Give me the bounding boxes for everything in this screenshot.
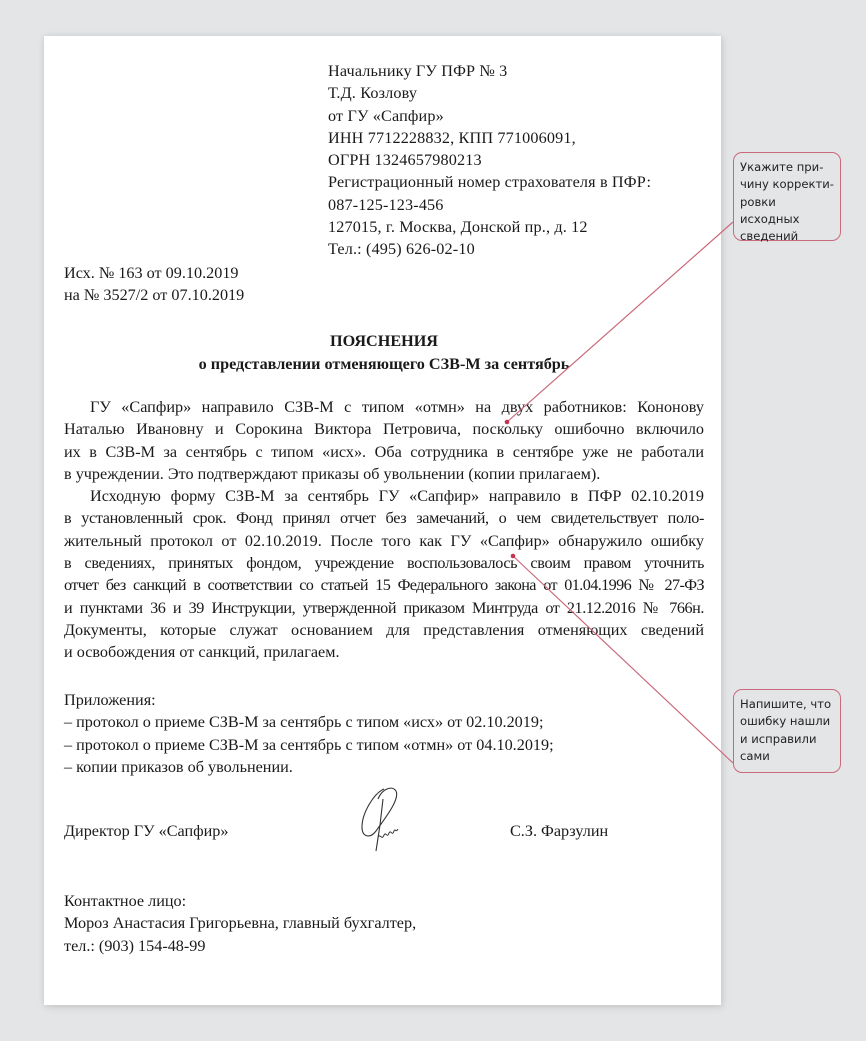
body-line: отчет без санкций в соответствии со стат… [64, 574, 704, 596]
attachment-item: – протокол о приеме СЗВ-М за сентябрь с … [64, 734, 554, 756]
addressee-line: от ГУ «Сапфир» [328, 105, 651, 127]
note-line: и исправили [740, 731, 834, 748]
signer-position: Директор ГУ «Сапфир» [64, 822, 228, 841]
addressee-line: Регистрационный номер страхователя в ПФР… [328, 171, 651, 193]
addressee-line: Тел.: (495) 626-02-10 [328, 238, 651, 260]
body-line: в установленный срок. Фонд принял отчет … [64, 507, 704, 529]
note-line: ровки исходных [740, 194, 834, 229]
body-line: Наталью Ивановну и Сорокина Виктора Петр… [64, 418, 704, 440]
addressee-line: ИНН 7712228832, КПП 771006091, [328, 127, 651, 149]
note-line: сами [740, 748, 834, 765]
attachments-heading: Приложения: [64, 689, 554, 711]
outgoing-reference: Исх. № 163 от 09.10.2019 на № 3527/2 от … [64, 262, 244, 307]
body-line: их в СЗВ-М за сентябрь с типом «исх». Об… [64, 441, 704, 463]
attachment-item: – протокол о приеме СЗВ-М за сентябрь с … [64, 711, 554, 733]
contact-phone: тел.: (903) 154-48-99 [64, 935, 416, 957]
handwritten-signature-icon [356, 785, 406, 857]
contact-heading: Контактное лицо: [64, 890, 416, 912]
note-line: ошибку нашли [740, 713, 834, 730]
body-line: Документы, которые служат основанием для… [64, 619, 704, 641]
contact-block: Контактное лицо: Мороз Анастасия Григорь… [64, 890, 416, 957]
addressee-block: Начальнику ГУ ПФР № 3 Т.Д. Козлову от ГУ… [328, 60, 651, 261]
annotation-note-correction-reason: Укажите при- чину корректи- ровки исходн… [733, 152, 841, 241]
attachments-block: Приложения: – протокол о приеме СЗВ-М за… [64, 689, 554, 778]
body-line: и освобождения от санкций, прилагаем. [64, 641, 704, 663]
note-line: чину корректи- [740, 176, 834, 193]
signer-name: С.З. Фарзулин [510, 822, 608, 841]
body-line: в учреждении. Это подтверждают приказы о… [64, 463, 704, 485]
body-line: в сведениях, принятых фондом, учреждение… [64, 552, 704, 574]
addressee-line: ОГРН 1324657980213 [328, 149, 651, 171]
addressee-line: 127015, г. Москва, Донской пр., д. 12 [328, 216, 651, 238]
contact-person: Мороз Анастасия Григорьевна, главный бух… [64, 912, 416, 934]
addressee-line: Т.Д. Козлову [328, 82, 651, 104]
document-title: ПОЯСНЕНИЯ о представлении отменяющего СЗ… [64, 330, 704, 376]
body-line: Исходную форму СЗВ-М за сентябрь ГУ «Сап… [64, 485, 704, 507]
annotation-note-self-corrected: Напишите, что ошибку нашли и исправили с… [733, 689, 841, 773]
body-line: жительный протокол от 02.10.2019. После … [64, 530, 704, 552]
body-line: ГУ «Сапфир» направило СЗВ-М с типом «отм… [64, 396, 704, 418]
outgoing-number: Исх. № 163 от 09.10.2019 [64, 262, 244, 284]
note-line: Напишите, что [740, 696, 834, 713]
document-body: ГУ «Сапфир» направило СЗВ-М с типом «отм… [64, 396, 704, 664]
title-heading: ПОЯСНЕНИЯ [64, 330, 704, 352]
note-line: Укажите при- [740, 159, 834, 176]
attachment-item: – копии приказов об увольнении. [64, 756, 554, 778]
paragraph-1: ГУ «Сапфир» направило СЗВ-М с типом «отм… [64, 396, 704, 485]
body-line: и пунктами 36 и 39 Инструкции, утвержден… [64, 597, 704, 619]
addressee-line: 087-125-123-456 [328, 194, 651, 216]
reply-reference: на № 3527/2 от 07.10.2019 [64, 284, 244, 306]
addressee-line: Начальнику ГУ ПФР № 3 [328, 60, 651, 82]
title-subheading: о представлении отменяющего СЗВ-М за сен… [64, 353, 704, 375]
note-line: сведений [740, 228, 834, 245]
paragraph-2: Исходную форму СЗВ-М за сентябрь ГУ «Сап… [64, 485, 704, 663]
